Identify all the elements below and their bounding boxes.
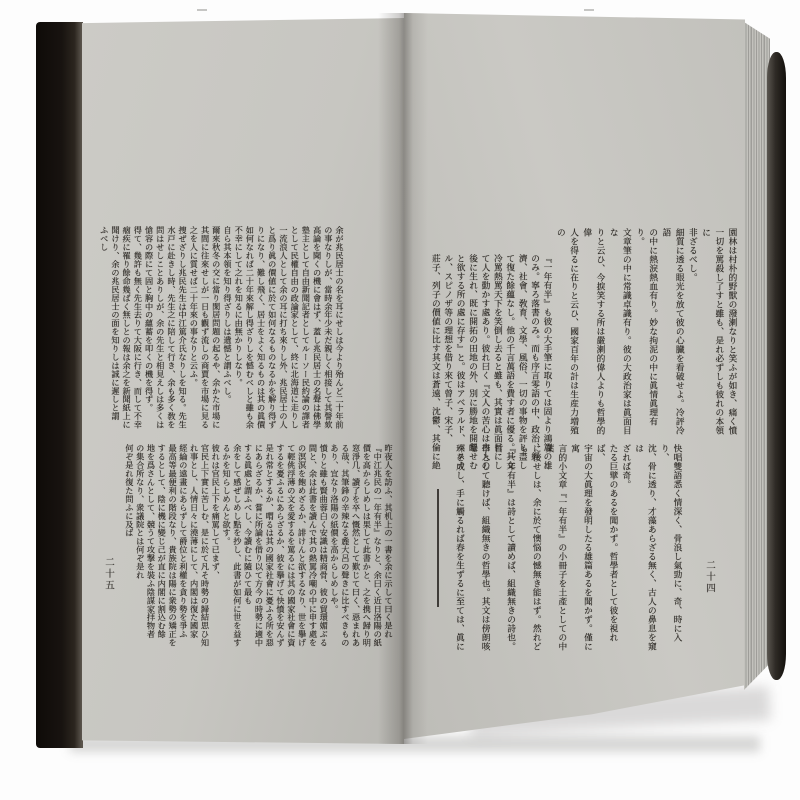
- right-page-lower-text: 快唱雙語悉く情深く、骨浪し氣勁に、奇、時に入り、 沈、骨に透り、才藻あらざる無く…: [452, 444, 684, 657]
- page-number-24: 二十四: [702, 560, 716, 620]
- left-page-upper-text: 余が兆民居士の名を耳にせしは今より殆んど二十年前 の事なりしが、當時余年少未だ親…: [97, 226, 345, 442]
- page-number-25: 二十五: [101, 557, 115, 617]
- article-heading: ◉日本新聞評（九月十七日、十八日）: [344, 256, 378, 452]
- back-cover-edge: [767, 52, 786, 680]
- scanned-book-spread: 園林は村朴的野獸の潑溂なりと笑ふが如き、痛く憤 一切を罵殺し了すと雖も、是れ必ず…: [0, 0, 800, 800]
- scan-speck: [584, 9, 594, 11]
- left-page-lower-text: 昨夜人を訪ふ、其机上の一書を余に示して曰く是れ 『中江兆民の一年有半』なりと、余…: [122, 444, 393, 660]
- book-binding: [36, 22, 83, 748]
- scan-speck: [197, 9, 207, 11]
- right-page-upper-text: 園林は村朴的野獸の潑溂なりと笑ふが如き、痛く憤 一切を罵殺し了すと雖も、是れ必ず…: [553, 228, 739, 443]
- section-divider-rule: [437, 489, 439, 607]
